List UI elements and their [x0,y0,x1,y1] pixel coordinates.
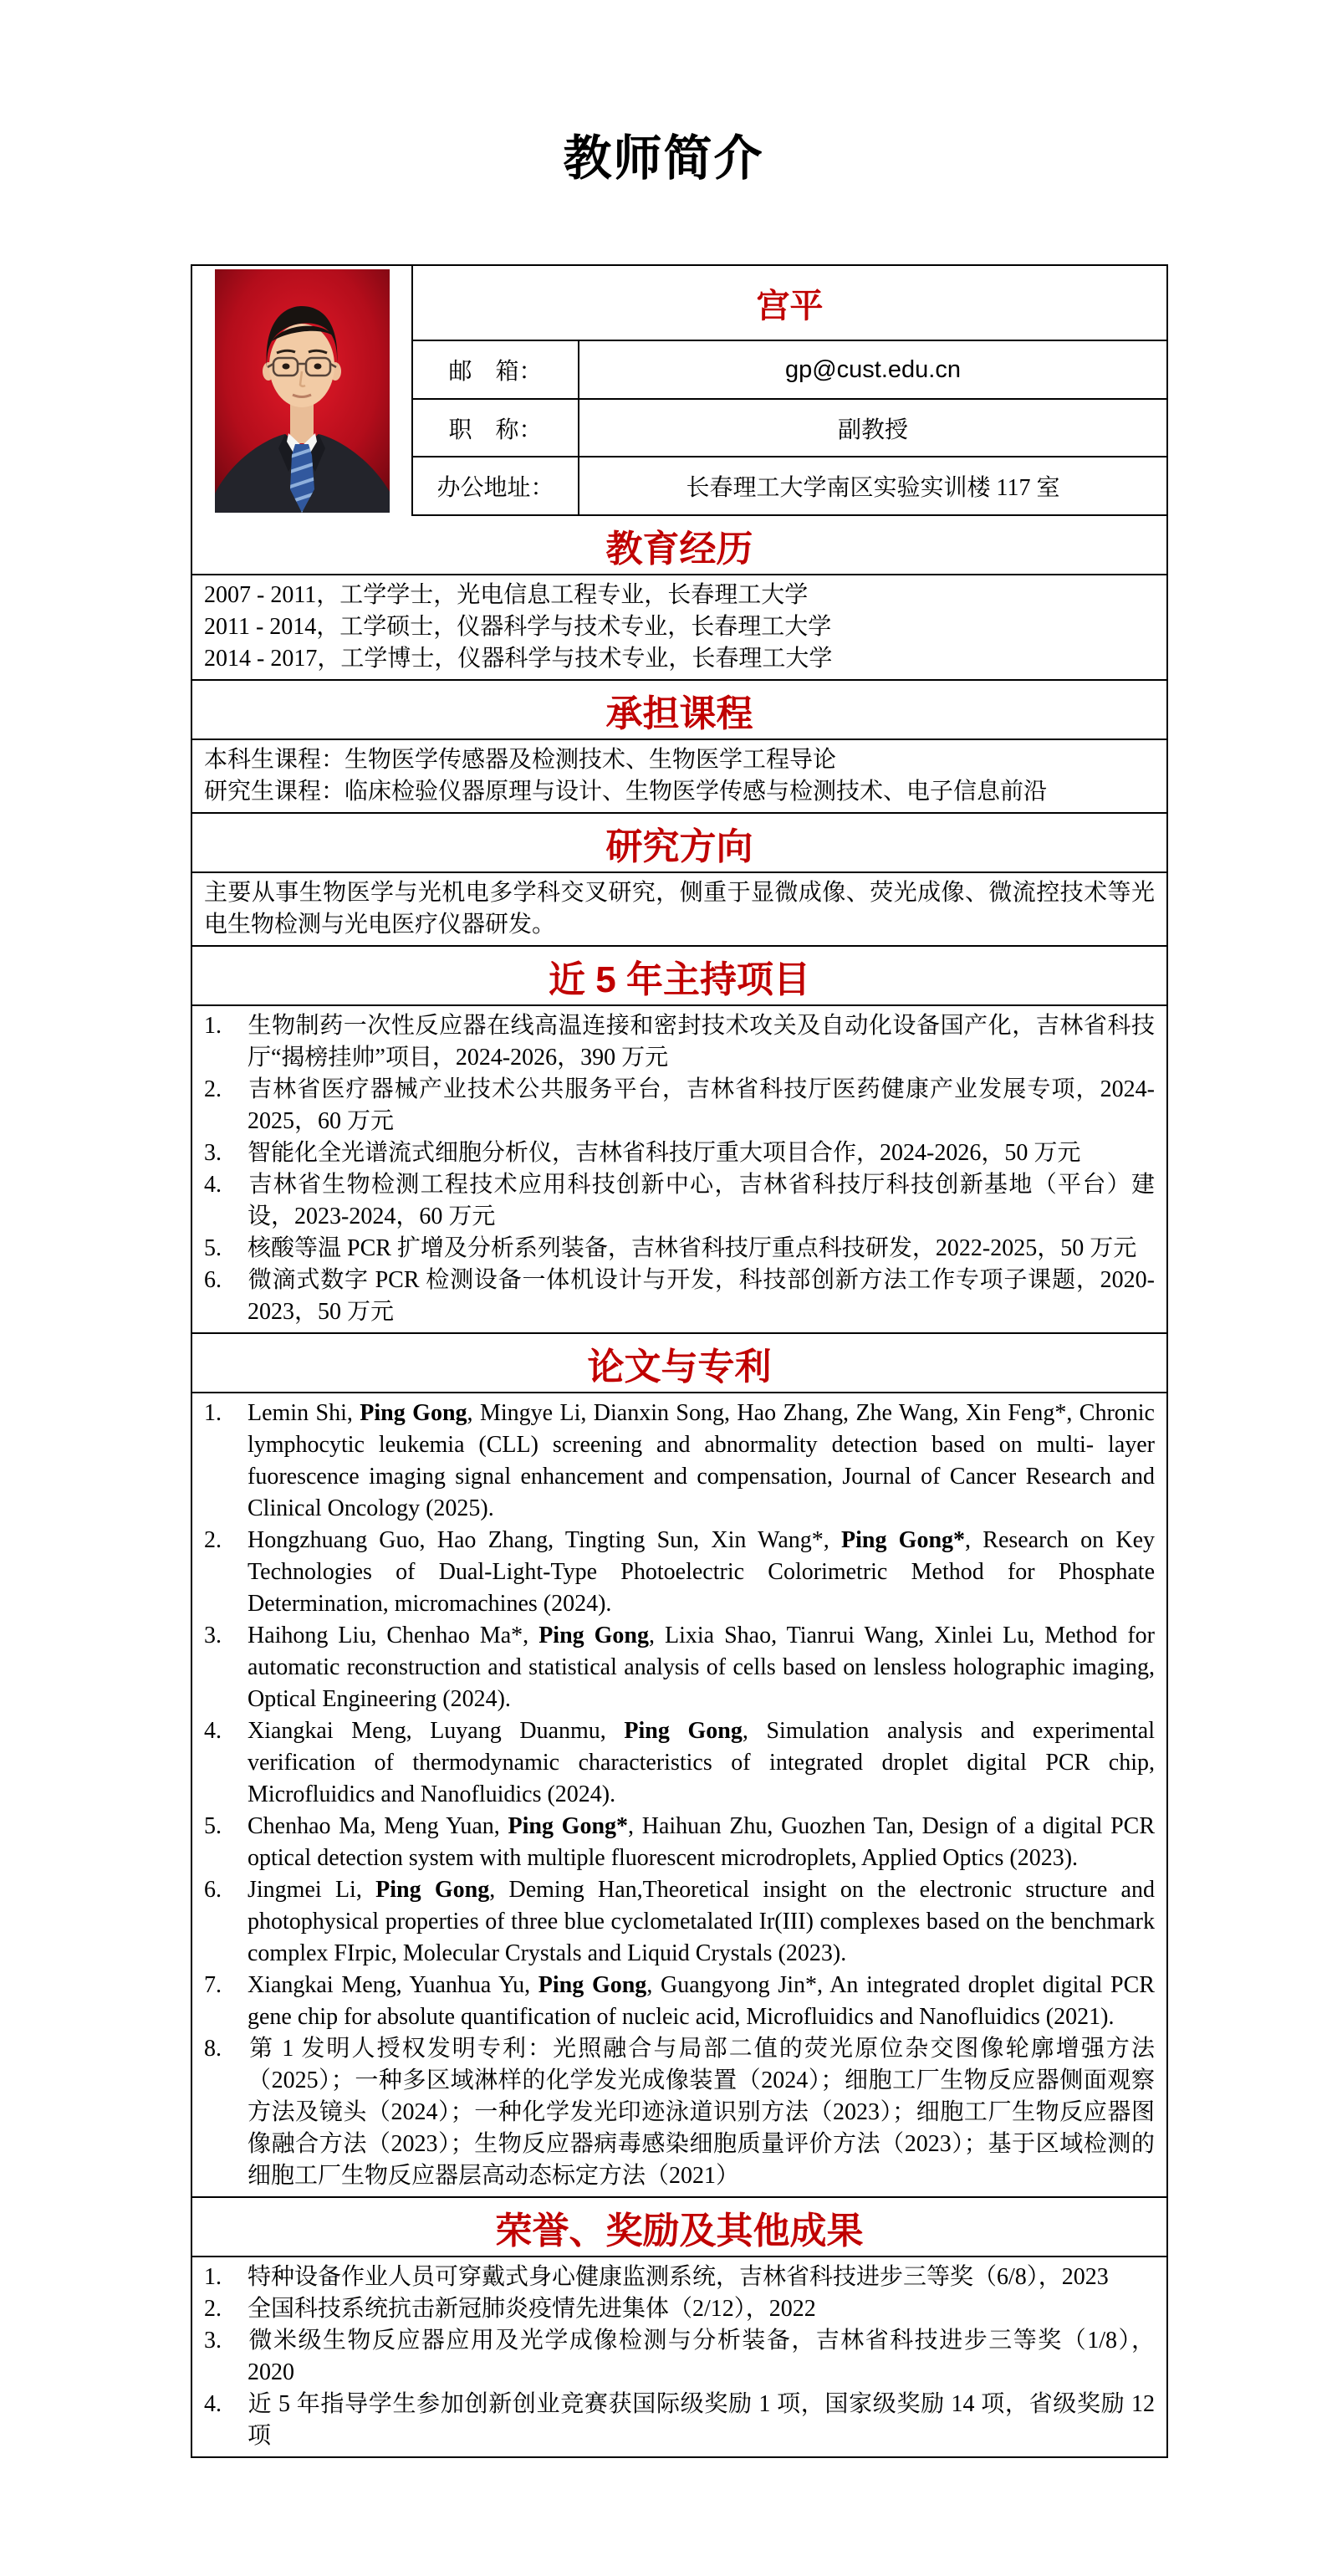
list-item-number: 5. [204,1233,248,1265]
section-title-research: 研究方向 [192,814,1166,873]
email-value: gp@cust.edu.cn [579,341,1166,400]
list-item: 4.吉林省生物检测工程技术应用科技创新中心，吉林省科技厅科技创新基地（平台）建设… [204,1169,1155,1233]
office-value: 长春理工大学南区实验实训楼 117 室 [579,457,1166,516]
list-item: 4.近 5 年指导学生参加创新创业竞赛获国际级奖励 1 项，国家级奖励 14 项… [204,2389,1155,2452]
education-content: 2007 - 2011，工学学士，光电信息工程专业，长春理工大学2011 - 2… [192,575,1166,681]
courses-content: 本科生课程：生物医学传感器及检测技术、生物医学工程导论研究生课程：临床检验仪器原… [192,740,1166,814]
list-item: 1.特种设备作业人员可穿戴式身心健康监测系统，吉林省科技进步三等奖（6/8），2… [204,2262,1155,2293]
list-item: 6.Jingmei Li, Ping Gong, Deming Han,Theo… [204,1874,1155,1970]
basic-info-grid: 宫平 邮 箱： gp@cust.edu.cn 职 称： 副教授 办公地址： 长春… [192,266,1166,516]
section-title-papers: 论文与专利 [192,1334,1166,1393]
text-line: 本科生课程：生物医学传感器及检测技术、生物医学工程导论 [204,744,1155,776]
list-item: 6.微滴式数字 PCR 检测设备一体机设计与开发，科技部创新方法工作专项子课题，… [204,1265,1155,1328]
portrait-photo [215,269,390,513]
list-item: 3.智能化全光谱流式细胞分析仪，吉林省科技厅重大项目合作，2024-2026，5… [204,1137,1155,1169]
list-item-number: 3. [204,2325,248,2357]
text-line: 研究生课程：临床检验仪器原理与设计、生物医学传感与检测技术、电子信息前沿 [204,776,1155,808]
list-item: 2.全国科技系统抗击新冠肺炎疫情先进集体（2/12），2022 [204,2293,1155,2325]
list-item: 5.核酸等温 PCR 扩增及分析系列装备，吉林省科技厅重点科技研发，2022-2… [204,1233,1155,1265]
list-item-number: 6. [204,1874,248,1906]
list-item-number: 3. [204,1137,248,1169]
list-item-number: 1. [204,1010,248,1042]
section-education: 教育经历 2007 - 2011，工学学士，光电信息工程专业，长春理工大学201… [192,516,1166,681]
email-label: 邮 箱： [413,341,579,400]
title-value: 副教授 [579,400,1166,457]
section-projects: 近 5 年主持项目 1.生物制药一次性反应器在线高温连接和密封技术攻关及自动化设… [192,947,1166,1334]
list-item-number: 4. [204,1715,248,1747]
text-line: 2014 - 2017，工学博士，仪器科学与技术专业，长春理工大学 [204,643,1155,675]
research-paragraph: 主要从事生物医学与光机电多学科交叉研究，侧重于显微成像、荧光成像、微流控技术等光… [204,877,1155,941]
section-title-honors: 荣誉、奖励及其他成果 [192,2198,1166,2257]
section-honors: 荣誉、奖励及其他成果 1.特种设备作业人员可穿戴式身心健康监测系统，吉林省科技进… [192,2198,1166,2456]
projects-content: 1.生物制药一次性反应器在线高温连接和密封技术攻关及自动化设备国产化，吉林省科技… [192,1006,1166,1334]
list-item-number: 5. [204,1811,248,1843]
research-content: 主要从事生物医学与光机电多学科交叉研究，侧重于显微成像、荧光成像、微流控技术等光… [192,873,1166,947]
list-item: 8.第 1 发明人授权发明专利：光照融合与局部二值的荧光原位杂交图像轮廓增强方法… [204,2033,1155,2192]
page-title: 教师简介 [0,119,1327,189]
section-title-projects: 近 5 年主持项目 [192,947,1166,1006]
text-line: 2011 - 2014，工学硕士，仪器科学与技术专业，长春理工大学 [204,611,1155,643]
section-papers: 论文与专利 1.Lemin Shi, Ping Gong, Mingye Li,… [192,1334,1166,2198]
papers-content: 1.Lemin Shi, Ping Gong, Mingye Li, Dianx… [192,1393,1166,2198]
list-item: 3.Haihong Liu, Chenhao Ma*, Ping Gong, L… [204,1620,1155,1715]
section-courses: 承担课程 本科生课程：生物医学传感器及检测技术、生物医学工程导论研究生课程：临床… [192,681,1166,814]
teacher-profile-table: 宫平 邮 箱： gp@cust.edu.cn 职 称： 副教授 办公地址： 长春… [191,264,1168,2458]
section-title-courses: 承担课程 [192,681,1166,740]
list-item: 2.吉林省医疗器械产业技术公共服务平台，吉林省科技厅医药健康产业发展专项，202… [204,1074,1155,1137]
list-item-number: 3. [204,1620,248,1652]
list-item: 5.Chenhao Ma, Meng Yuan, Ping Gong*, Hai… [204,1811,1155,1874]
list-item-number: 2. [204,2293,248,2325]
list-item-number: 8. [204,2033,248,2065]
section-research: 研究方向 主要从事生物医学与光机电多学科交叉研究，侧重于显微成像、荧光成像、微流… [192,814,1166,947]
list-item: 4.Xiangkai Meng, Luyang Duanmu, Ping Gon… [204,1715,1155,1811]
list-item: 2.Hongzhuang Guo, Hao Zhang, Tingting Su… [204,1525,1155,1620]
honors-content: 1.特种设备作业人员可穿戴式身心健康监测系统，吉林省科技进步三等奖（6/8），2… [192,2257,1166,2456]
photo-cell [192,266,413,516]
teacher-name: 宫平 [413,266,1166,341]
list-item: 1.Lemin Shi, Ping Gong, Mingye Li, Dianx… [204,1398,1155,1525]
list-item-number: 2. [204,1074,248,1106]
list-item-number: 2. [204,1525,248,1556]
list-item-number: 6. [204,1265,248,1296]
list-item-number: 4. [204,2389,248,2420]
list-item: 3.微米级生物反应器应用及光学成像检测与分析装备，吉林省科技进步三等奖（1/8）… [204,2325,1155,2389]
list-item-number: 1. [204,2262,248,2293]
title-label: 职 称： [413,400,579,457]
list-item: 7.Xiangkai Meng, Yuanhua Yu, Ping Gong, … [204,1970,1155,2033]
list-item-number: 1. [204,1398,248,1429]
text-line: 2007 - 2011，工学学士，光电信息工程专业，长春理工大学 [204,580,1155,611]
section-title-education: 教育经历 [192,516,1166,575]
list-item: 1.生物制药一次性反应器在线高温连接和密封技术攻关及自动化设备国产化，吉林省科技… [204,1010,1155,1074]
list-item-number: 4. [204,1169,248,1201]
list-item-number: 7. [204,1970,248,2001]
office-label: 办公地址： [413,457,579,516]
